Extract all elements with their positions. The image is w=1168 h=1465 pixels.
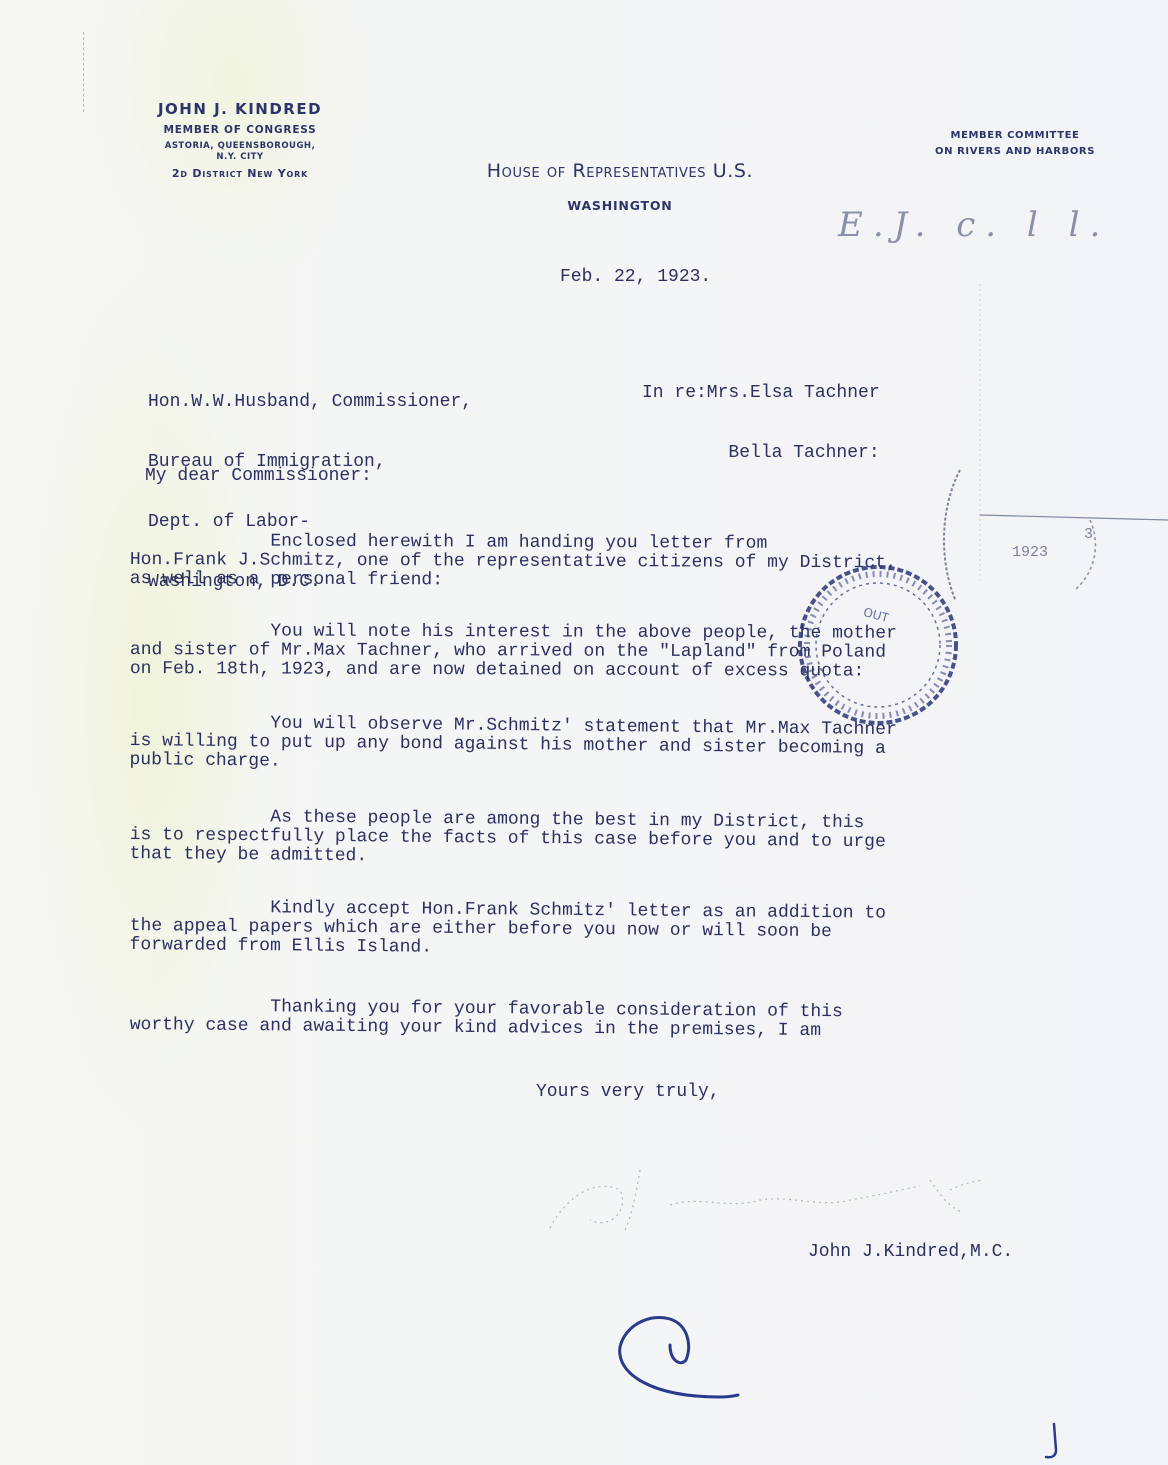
in-re-block: In re:Mrs.Elsa Tachner Bella Tachner: (642, 343, 880, 503)
pencil-curl-mark-icon (610, 1305, 770, 1415)
handwritten-signature-icon (530, 1150, 990, 1240)
stamp-day: 3 (1084, 525, 1093, 544)
margin-mark (83, 32, 84, 112)
body-paragraph-6: Thanking you for your favorable consider… (130, 997, 843, 1041)
stamp-year: 1923 (1012, 543, 1048, 562)
committee-line-2: ON RIVERS AND HARBORS (905, 144, 1125, 160)
sender-address-line-2: N.Y. CITY (110, 152, 370, 163)
in-re-line-1: In re:Mrs.Elsa Tachner (642, 383, 880, 403)
svg-text:OUT: OUT (862, 605, 891, 625)
institution-city: WASHINGTON (400, 198, 840, 213)
body-paragraph-1: Enclosed herewith I am handing you lette… (130, 532, 897, 592)
pencil-hook-mark-icon (1040, 1420, 1070, 1465)
body-paragraph-4: As these people are among the best in my… (129, 807, 886, 871)
institution-name: House of Representatives U.S. (400, 160, 840, 182)
body-paragraph-3: You will observe Mr.Schmitz' statement t… (129, 713, 896, 778)
committee-letterhead: MEMBER COMMITTEE ON RIVERS AND HARBORS (905, 128, 1125, 160)
body-paragraph-2: You will note his interest in the above … (130, 622, 897, 682)
recipient-line-3: Dept. of Labor- (148, 512, 472, 532)
letter-page: JOHN J. KINDRED MEMBER OF CONGRESS ASTOR… (0, 0, 1168, 1465)
recipient-line-1: Hon.W.W.Husband, Commissioner, (148, 392, 472, 412)
typed-signature: John J.Kindred,M.C. (808, 1243, 1013, 1262)
sender-title: MEMBER OF CONGRESS (110, 124, 370, 136)
closing: Yours very truly, (536, 1083, 720, 1102)
salutation: My dear Commissioner: (145, 467, 372, 486)
sender-address-line-1: ASTORIA, QUEENSBOROUGH, (110, 141, 370, 152)
letter-date: Feb. 22, 1923. (560, 268, 711, 287)
sender-letterhead: JOHN J. KINDRED MEMBER OF CONGRESS ASTOR… (110, 100, 370, 180)
sender-district: 2d District New York (110, 167, 370, 180)
sender-name: JOHN J. KINDRED (110, 100, 370, 118)
committee-line-1: MEMBER COMMITTEE (905, 128, 1125, 144)
institution-letterhead: House of Representatives U.S. WASHINGTON (400, 160, 840, 213)
body-paragraph-5: Kindly accept Hon.Frank Schmitz' letter … (130, 898, 887, 962)
pencil-annotation: E.J. c. l l. (838, 205, 1110, 245)
in-re-line-2: Bella Tachner: (642, 443, 880, 463)
